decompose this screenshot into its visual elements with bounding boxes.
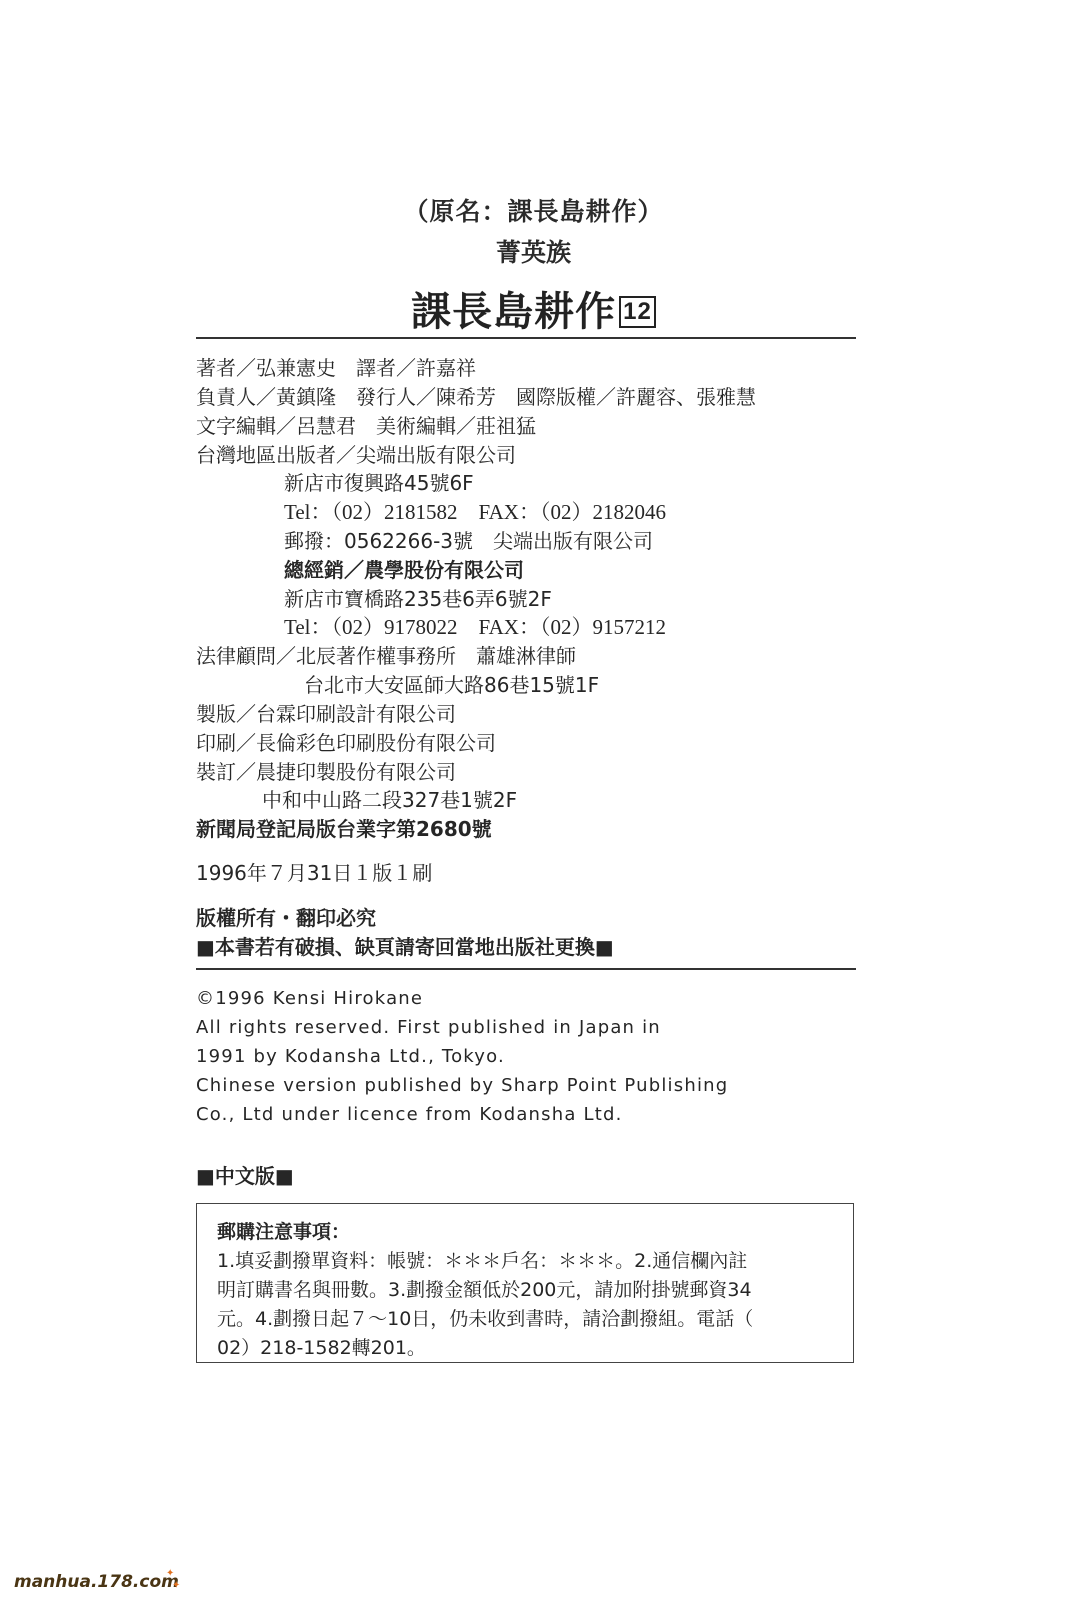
series-name: 菁英族: [0, 233, 1067, 269]
copyright-line: ©1996 Kensi Hirokane: [196, 988, 423, 1009]
book-title: 課長島耕作12: [0, 280, 1067, 337]
star-icon: ✦: [172, 1580, 180, 1591]
distributor-phone: Tel：（02）9178022 FAX：（02）9157212: [284, 611, 666, 641]
mail-order-line: 02）218-1582轉201。: [217, 1333, 426, 1360]
legal-address: 台北市大安區師大路86巷15號1F: [304, 669, 599, 698]
printing: 印刷／長倫彩色印刷股份有限公司: [196, 727, 496, 756]
postal-account: 郵撥：0562266-3號 尖端出版有限公司: [284, 525, 653, 554]
volume-number: 12: [619, 296, 656, 328]
english-rights-line-4: Co., Ltd under licence from Kodansha Ltd…: [196, 1104, 623, 1125]
publisher-phone: Tel：（02）2181582 FAX：（02）2182046: [284, 496, 666, 526]
mail-order-line: 明訂購書名與冊數。3.劃撥金額低於200元，請加附掛號郵資34: [217, 1275, 752, 1302]
original-title: （原名：課長島耕作）: [0, 192, 1067, 228]
platemaking: 製版／台霖印刷設計有限公司: [196, 698, 456, 727]
author-translator: 著者／弘兼憲史 譯者／許嘉祥: [196, 352, 476, 381]
staff-credits: 負責人／黃鎮隆 發行人／陳希芳 國際版權／許麗容、張雅慧: [196, 381, 756, 410]
chinese-edition-text: 中文版: [215, 1164, 275, 1188]
divider: [196, 968, 856, 970]
mail-order-heading: 郵購注意事項：: [217, 1217, 350, 1244]
english-rights-line-2: 1991 by Kodansha Ltd., Tokyo.: [196, 1046, 505, 1067]
rights-notice: 版權所有・翻印必究: [196, 902, 376, 931]
black-square-icon: ■: [196, 935, 215, 959]
english-rights-line-3: Chinese version published by Sharp Point…: [196, 1075, 728, 1096]
return-notice-text: 本書若有破損、缺頁請寄回當地出版社更換: [215, 935, 595, 959]
publisher-address: 新店市復興路45號6F: [284, 467, 474, 496]
registration-number: 新聞局登記局版台業字第2680號: [196, 813, 492, 842]
black-square-icon: ■: [196, 1164, 215, 1188]
binding: 裝訂／晨捷印製股份有限公司: [196, 756, 456, 785]
english-rights-line-1: All rights reserved. First published in …: [196, 1017, 661, 1038]
black-square-icon: ■: [275, 1164, 294, 1188]
distributor-address: 新店市寶橋路235巷6弄6號2F: [284, 583, 552, 612]
return-notice: ■本書若有破損、缺頁請寄回當地出版社更換■: [196, 931, 614, 960]
chinese-edition-label: ■中文版■: [196, 1160, 294, 1189]
divider: [196, 337, 856, 339]
publisher: 台灣地區出版者／尖端出版有限公司: [196, 439, 516, 468]
star-icon: ✦: [166, 1568, 174, 1579]
editors-credits: 文字編輯／呂慧君 美術編輯／莊祖猛: [196, 410, 536, 439]
book-title-text: 課長島耕作: [411, 289, 616, 335]
black-square-icon: ■: [595, 935, 614, 959]
watermark: manhua.178.com: [14, 1572, 179, 1592]
edition-date: 1996年７月31日１版１刷: [196, 857, 432, 886]
mail-order-line: 1.填妥劃撥單資料：帳號：＊＊＊戶名：＊＊＊。2.通信欄內註: [217, 1246, 747, 1273]
mail-order-box: 郵購注意事項： 1.填妥劃撥單資料：帳號：＊＊＊戶名：＊＊＊。2.通信欄內註 明…: [196, 1203, 854, 1363]
mail-order-line: 元。4.劃撥日起７～10日，仍未收到書時，請洽劃撥組。電話（: [217, 1304, 753, 1331]
distributor: 總經銷／農學股份有限公司: [284, 554, 524, 583]
legal-counsel: 法律顧問／北辰著作權事務所 蕭雄淋律師: [196, 640, 576, 669]
binding-address: 中和中山路二段327巷1號2F: [262, 784, 517, 813]
